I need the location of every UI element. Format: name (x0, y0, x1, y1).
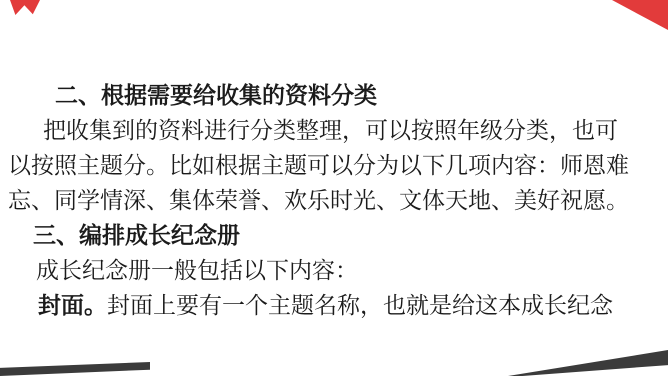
bottom-right-slanted-bar (508, 350, 668, 376)
paragraph1-line2: 以按照主题分。比如根据主题可以分为以下几项内容：师恩难 (8, 148, 662, 183)
slide-text-block: 二、根据需要给收集的资料分类 把收集到的资料进行分类整理，可以按照年级分类，也可… (8, 78, 662, 323)
paragraph1-line3: 忘、同学情深、集体荣誉、欢乐时光、文体天地、美好祝愿。 (8, 183, 662, 218)
paragraph1-line1: 把收集到的资料进行分类整理，可以按照年级分类，也可 (8, 113, 662, 148)
paragraph2-line1: 成长纪念册一般包括以下内容： (8, 253, 662, 288)
red-corner-triangle (612, 0, 668, 30)
slide-canvas: 二、根据需要给收集的资料分类 把收集到的资料进行分类整理，可以按照年级分类，也可… (0, 0, 668, 376)
paragraph3-line1: 封面。封面上要有一个主题名称，也就是给这本成长纪念 (8, 288, 662, 323)
section-heading-3: 三、编排成长纪念册 (8, 218, 662, 253)
red-ribbon-icon (10, 0, 40, 15)
paragraph3-bold-lead: 封面。 (38, 292, 107, 318)
paragraph3-rest: 封面上要有一个主题名称，也就是给这本成长纪念 (107, 292, 613, 318)
bottom-left-slanted-bar (0, 362, 150, 376)
section-heading-2: 二、根据需要给收集的资料分类 (8, 78, 662, 113)
